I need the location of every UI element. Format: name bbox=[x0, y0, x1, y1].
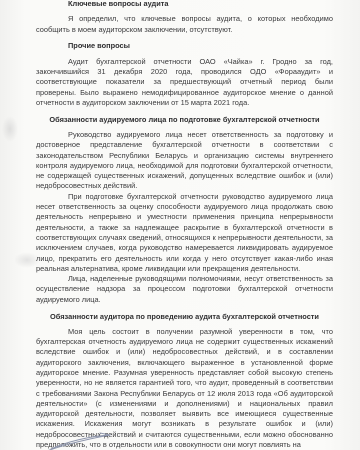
document-body: Ключевые вопросы аудитаЯ определил, что … bbox=[0, 0, 360, 450]
section-heading: Ключевые вопросы аудита bbox=[36, 0, 333, 9]
paragraph: Я определил, что ключевые вопросы аудита… bbox=[36, 14, 333, 35]
scanned-page: Ключевые вопросы аудитаЯ определил, что … bbox=[0, 0, 360, 450]
paragraph: Лица, наделенные руководящими полномочия… bbox=[36, 274, 333, 305]
scan-smudge bbox=[2, 116, 18, 142]
paragraph: Моя цель состоит в получении разумной ув… bbox=[36, 327, 333, 450]
paragraph: При подготовке бухгалтерской отчетности … bbox=[36, 192, 333, 274]
paragraph: Аудит бухгалтерской отчетности ОАО «Чайк… bbox=[36, 57, 333, 108]
paragraph: Руководство аудируемого лица несет ответ… bbox=[36, 130, 333, 192]
section-heading: Обязанности аудитора по проведению аудит… bbox=[36, 312, 333, 322]
section-heading: Прочие вопросы bbox=[36, 41, 333, 51]
section-heading: Обязанности аудируемого лица по подготов… bbox=[36, 115, 333, 125]
scan-smudge bbox=[14, 252, 40, 268]
